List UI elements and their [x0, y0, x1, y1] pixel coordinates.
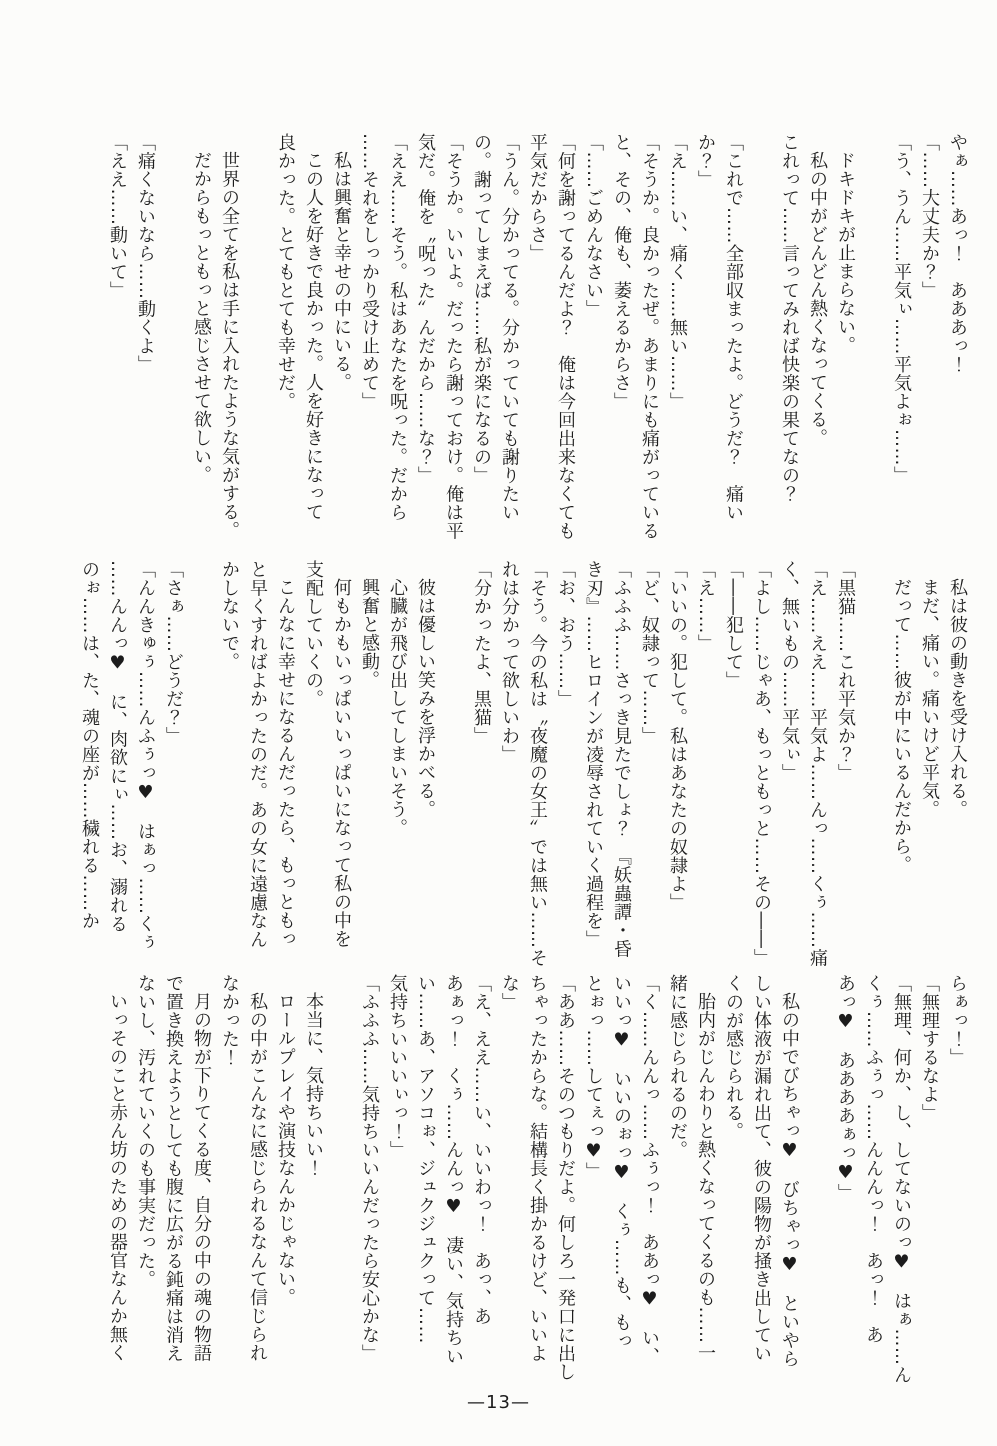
text-line: やぁ……あっ！ あああっ！ — [943, 133, 971, 549]
text-line: いっそのこと赤ん坊のための器官なんか無く — [103, 974, 131, 1398]
text-line: くぅ……ふぅっ……んんんっ！ あっ！ あ — [859, 974, 887, 1398]
text-line: 「何を謝ってるんだよ？ 俺は今回出来なくても — [551, 133, 579, 549]
text-line: 平気だからさ」 — [523, 133, 551, 549]
text-line: 「く……んんっ……ふぅっ！ ああっ♥ い、 — [635, 974, 663, 1398]
text-band-bottom: らぁっ！」「無理するなよ」「無理、何か、し、してないのっ♥ はぁ……んくぅ……ふ… — [103, 974, 971, 1398]
text-line: 「ふふふ……気持ちいいんだったら安心かな」 — [355, 974, 383, 1398]
text-line: まだ、痛い。痛いけど平気。 — [915, 560, 943, 972]
text-line: 胎内がじんわりと熱くなってくるのも……一 — [691, 974, 719, 1398]
text-line: 私は彼の動きを受け入れる。 — [943, 560, 971, 972]
text-line: 「そうか。いいよ。だったら謝っておけ。俺は平 — [439, 133, 467, 549]
text-line: 「え……い、痛く……無い……」 — [663, 133, 691, 549]
text-line: 「――犯して」 — [719, 560, 747, 972]
text-line: この人を好きで良かった。人を好きになって — [299, 133, 327, 549]
text-line: 何もかもいっぱいいっぱいになって私の中を — [327, 560, 355, 972]
page-number: —13— — [0, 1392, 997, 1413]
text-line: と早くすればよかったのだ。あの女に遠慮なん — [243, 560, 271, 972]
text-line: これって……言ってみれば快楽の果てなの？ — [775, 133, 803, 549]
text-line: き刃』……ヒロインが凌辱されていく過程を」 — [579, 560, 607, 972]
blank-line — [803, 974, 831, 1398]
text-line: 「無理、何か、し、してないのっ♥ はぁ……ん — [887, 974, 915, 1398]
text-line: 「さぁ……どうだ？」 — [159, 560, 187, 972]
text-line: 「ふふふ……さっき見たでしょ？ 『妖蟲譚・昏 — [607, 560, 635, 972]
text-line: 世界の全てを私は手に入れたような気がする。 — [215, 133, 243, 549]
text-line: 「ああ……そのつもりだよ。何しろ一発口に出し — [551, 974, 579, 1398]
text-line: 私の中でびちゃっ♥ びちゃっ♥ といやら — [775, 974, 803, 1398]
text-line: な」 — [495, 974, 523, 1398]
text-line: らぁっ！」 — [943, 974, 971, 1398]
text-line: 「んんきゅぅ……んふぅっ♥ はぁっ……くぅ — [131, 560, 159, 972]
text-line: 興奮と感動。 — [355, 560, 383, 972]
text-line: 「そう。今の私は〝夜魔の女王〟では無い……そ — [523, 560, 551, 972]
text-line: あっ♥ ああああぁっ♥」 — [831, 974, 859, 1398]
blank-line — [859, 560, 887, 972]
text-line: 「うん。分かってる。分かっていても謝りたい — [495, 133, 523, 549]
text-line: 支配していくの。 — [299, 560, 327, 972]
text-line: だからもっともっと感じさせて欲しい。 — [187, 133, 215, 549]
text-line: 「分かったよ、黒猫」 — [467, 560, 495, 972]
text-line: ドキドキが止まらない。 — [831, 133, 859, 549]
text-line: 彼は優しい笑みを浮かべる。 — [411, 560, 439, 972]
text-line: 「え……」 — [691, 560, 719, 972]
text-line: いいっ♥ いいのぉっ♥ くぅ……も、もっ — [607, 974, 635, 1398]
text-line: 「え……ええ……平気よ……んっ……くぅ……痛 — [803, 560, 831, 972]
text-line: 本当に、気持ちいい！ — [299, 974, 327, 1398]
text-line: くのが感じられる。 — [719, 974, 747, 1398]
text-line: 良かった。とてもとても幸せだ。 — [271, 133, 299, 549]
text-line: れは分かって欲しいわ」 — [495, 560, 523, 972]
blank-line — [159, 133, 187, 549]
text-line: 「う、うん……平気ぃ……平気よぉ……」 — [887, 133, 915, 549]
text-line: 「いいの。犯して。私はあなたの奴隷よ」 — [663, 560, 691, 972]
blank-line — [747, 133, 775, 549]
text-line: で置き換えようとしても腹に広がる鈍痛は消え — [159, 974, 187, 1398]
text-line: ちゃったからな。結構長く掛かるけど、いいよ — [523, 974, 551, 1398]
text-line: 心臓が飛び出してしまいそう。 — [383, 560, 411, 972]
text-line: しい体液が漏れ出て、彼の陽物が掻き出してい — [747, 974, 775, 1398]
text-line: 「……大丈夫か？」 — [915, 133, 943, 549]
text-line: 「これで……全部収まったよ。どうだ？ 痛い — [719, 133, 747, 549]
blank-line — [439, 560, 467, 972]
blank-line — [187, 560, 215, 972]
text-line: 月の物が下りてくる度、自分の中の魂の物語 — [187, 974, 215, 1398]
text-line: 「痛くないなら……動くよ」 — [131, 133, 159, 549]
text-line: 「ど、奴隷って……」 — [635, 560, 663, 972]
text-line: 「……ごめんなさい」 — [579, 133, 607, 549]
text-line: と、その、俺も、萎えるからさ」 — [607, 133, 635, 549]
text-line: 「お、おう……」 — [551, 560, 579, 972]
text-line: く、無いもの……平気ぃ」 — [775, 560, 803, 972]
text-line: 「ええ……そう。私はあなたを呪った。だから — [383, 133, 411, 549]
text-line: だって……彼が中にいるんだから。 — [887, 560, 915, 972]
text-line: 「無理するなよ」 — [915, 974, 943, 1398]
text-line: 気だ。俺を〝呪った〟んだから……な？」 — [411, 133, 439, 549]
text-line: 「そうか。良かったぜ。あまりにも痛がっている — [635, 133, 663, 549]
text-line: の。謝ってしまえば……私が楽になるの」 — [467, 133, 495, 549]
blank-line — [243, 133, 271, 549]
text-line: 私の中がこんなに感じられるなんて信じられ — [243, 974, 271, 1398]
blank-line — [327, 974, 355, 1398]
blank-line — [859, 133, 887, 549]
text-line: 緒に感じられるのだ。 — [663, 974, 691, 1398]
text-line: ……それをしっかり受け止めて」 — [355, 133, 383, 549]
text-line: かしないで。 — [215, 560, 243, 972]
text-line: い……あ、アソコぉ、ジュクジュクって…… — [411, 974, 439, 1398]
text-line: 「え、ええ……い、いいわっ！ あっ、あ — [467, 974, 495, 1398]
text-line: とぉっ……してぇっ♥」 — [579, 974, 607, 1398]
text-line: 私は興奮と幸せの中にいる。 — [327, 133, 355, 549]
text-line: 「よし……じゃあ、もっともっと……その――」 — [747, 560, 775, 972]
text-line: あぁっ！ くぅ……んんっ♥ 凄い、気持ちい — [439, 974, 467, 1398]
text-band-top: やぁ……あっ！ あああっ！「……大丈夫か？」「う、うん……平気ぃ……平気よぉ……… — [103, 133, 971, 549]
text-line: 気持ちいいいぃっ！」 — [383, 974, 411, 1398]
text-line: か？」 — [691, 133, 719, 549]
scanned-novel-page: やぁ……あっ！ あああっ！「……大丈夫か？」「う、うん……平気ぃ……平気よぉ……… — [0, 0, 997, 1446]
text-line: 「黒猫……これ平気か？」 — [831, 560, 859, 972]
text-line: ……んんっ♥ に、肉欲にぃ……お、溺れる — [103, 560, 131, 972]
text-line: 「ええ……動いて」 — [103, 133, 131, 549]
text-line: ロールプレイや演技なんかじゃない。 — [271, 974, 299, 1398]
text-line: こんなに幸せになるんだったら、もっともっ — [271, 560, 299, 972]
text-line: のぉ……は、た、魂の座が……穢れる……か — [75, 560, 103, 972]
text-band-middle: 私は彼の動きを受け入れる。まだ、痛い。痛いけど平気。だって……彼が中にいるんだか… — [75, 560, 971, 972]
text-line: ないし、汚れていくのも事実だった。 — [131, 974, 159, 1398]
text-line: なかった！ — [215, 974, 243, 1398]
text-line: 私の中がどんどん熱くなってくる。 — [803, 133, 831, 549]
